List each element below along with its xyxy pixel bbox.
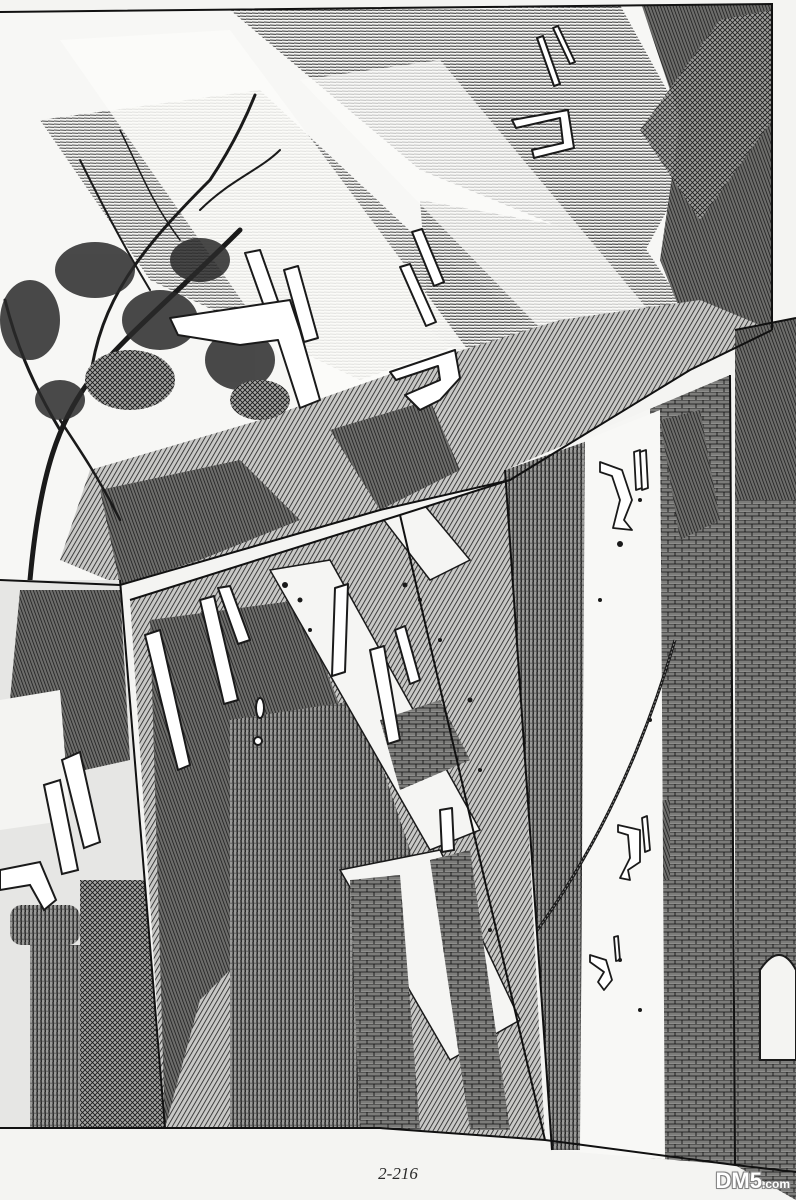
watermark-main: DM5 bbox=[716, 1168, 762, 1194]
manga-page bbox=[0, 0, 796, 1200]
far-right-panel bbox=[735, 318, 796, 1200]
site-watermark: DM5 .com bbox=[716, 1168, 790, 1194]
page-number: 2-216 bbox=[0, 1164, 796, 1184]
watermark-tld: .com bbox=[762, 1177, 790, 1191]
